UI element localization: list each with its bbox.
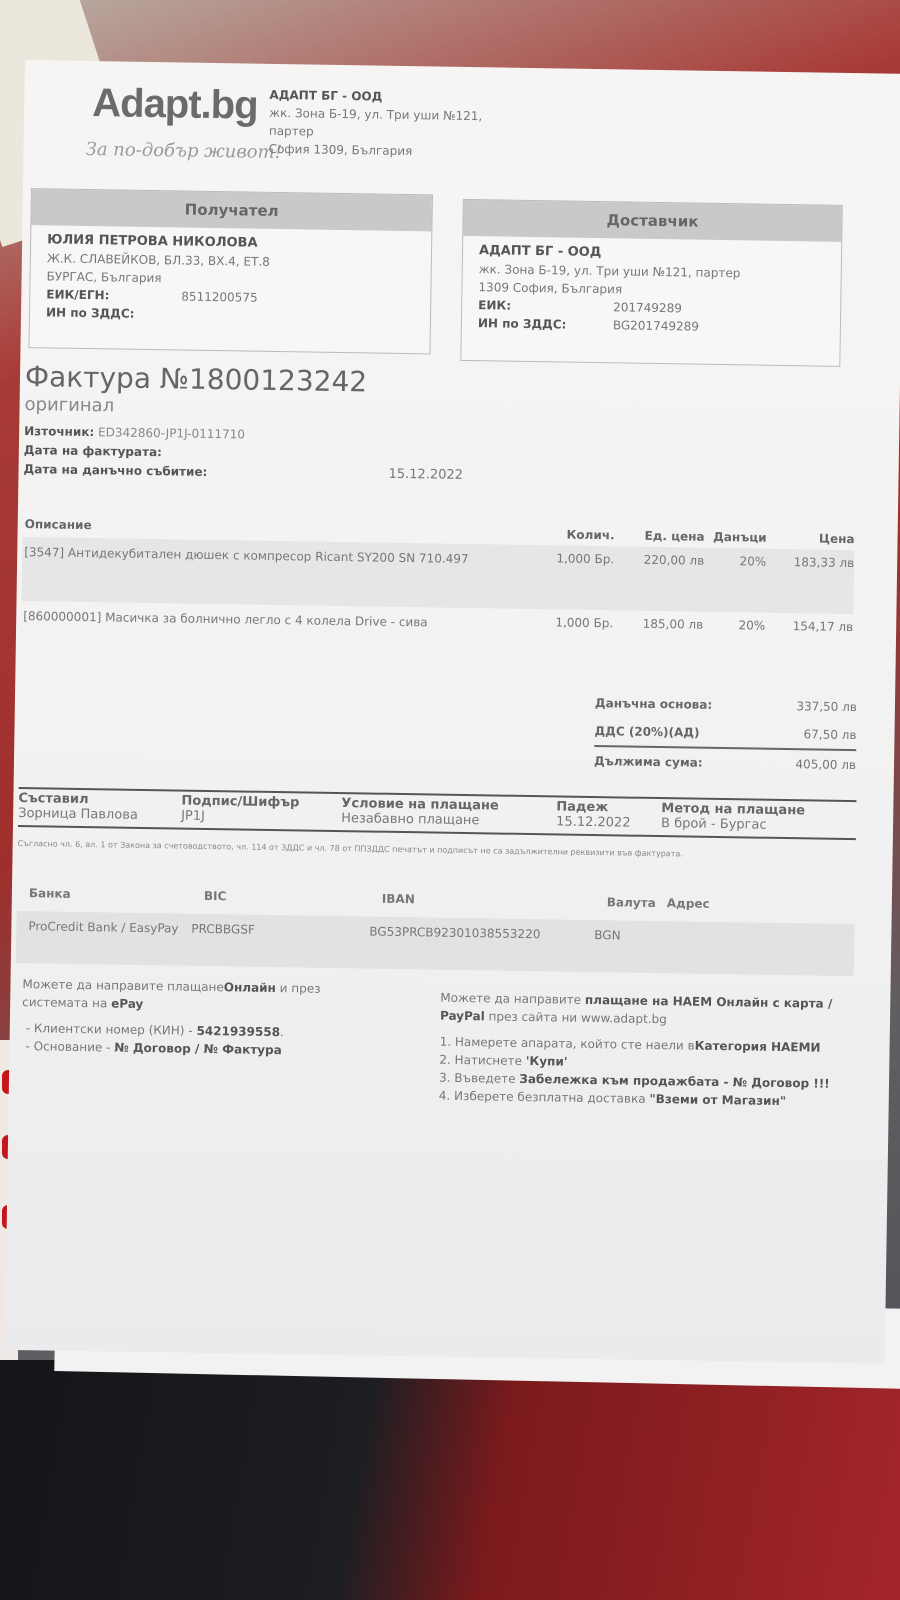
row-taxes: 20% — [704, 554, 767, 607]
company-header: АДАПТ БГ - ООД жк. Зона Б-19, ул. Три уш… — [268, 86, 482, 161]
recipient-box: Получател ЮЛИЯ ПЕТРОВА НИКОЛОВА Ж.К. СЛА… — [28, 188, 432, 354]
totals-block: Данъчна основа:337,50 лв ДДС (20%)(АД)67… — [594, 689, 857, 779]
bank-address — [654, 927, 735, 968]
composed-by: СъставилЗорница Павлова — [18, 791, 181, 824]
client-number-label: - Клиентски номер (КИН) - — [26, 1021, 193, 1038]
invoice-lines-table: Описание Колич. Ед. цена Данъци Цена [35… — [20, 505, 854, 678]
vat-value: 67,50 лв — [803, 727, 856, 742]
tax-base-label: Данъчна основа: — [595, 696, 712, 712]
company-slogan: За по-добър живот! — [85, 139, 282, 163]
bank-iban: BG53PRCB92301038553220 — [369, 923, 595, 967]
recipient-vat-label: ИН по ЗДДС: — [46, 303, 181, 323]
bank-currency: BGN — [594, 926, 655, 967]
company-address-2: партер — [269, 124, 314, 139]
supplier-eik-label: ЕИК: — [478, 296, 613, 316]
col-price: Цена — [766, 531, 854, 546]
signature: Подпис/ШифърJP1J — [181, 794, 341, 827]
due-date: Падеж15.12.2022 — [556, 799, 661, 831]
tax-event-value: 15.12.2022 — [388, 467, 463, 483]
recipient-eik-value: 8511200575 — [181, 287, 258, 306]
rent-payment-instructions: Можете да направите плащане на НАЕМ Онла… — [439, 989, 851, 1111]
recipient-header: Получател — [31, 189, 432, 231]
payment-terms: Условие на плащанеНезабавно плащане — [341, 796, 556, 829]
bank-col-bank: Банка — [17, 886, 204, 903]
supplier-header: Доставчик — [463, 200, 842, 242]
client-number-value: 5421939558 — [196, 1024, 280, 1039]
invoice-info-bar: СъставилЗорница Павлова Подпис/ШифърJP1J… — [18, 787, 857, 840]
row-quantity: 1,000 Бр. — [543, 615, 614, 668]
row-quantity: 1,000 Бр. — [544, 551, 615, 604]
background-fabric — [0, 1360, 900, 1600]
row-unit-price: 185,00 лв — [613, 616, 704, 669]
company-name: АДАПТ БГ - ООД — [269, 88, 382, 104]
row-price: 183,33 лв — [766, 555, 855, 608]
recipient-eik-label: ЕИК/ЕГН: — [46, 285, 181, 305]
epay-instructions: Можете да направите плащанеОнлайн и през… — [21, 975, 382, 1061]
supplier-vat-value: BG201749289 — [613, 316, 699, 335]
company-address-1: жк. Зона Б-19, ул. Три уши №121, — [269, 106, 482, 123]
source-label: Източник: — [24, 424, 94, 439]
tax-base-value: 337,50 лв — [796, 699, 857, 714]
supplier-eik-value: 201749289 — [613, 298, 682, 317]
bank-table: Банка BIC IBAN Валута Адрес ProCredit Ba… — [16, 875, 855, 976]
bank-col-iban: IBAN — [382, 892, 607, 910]
vat-label: ДДС (20%)(АД) — [594, 724, 699, 740]
invoice-date-label: Дата на фактурата: — [24, 443, 162, 459]
table-row: [860000001] Масичка за болнично легло с … — [20, 601, 853, 678]
payment-basis-label: - Основание - — [25, 1039, 110, 1054]
company-logo: Adapt.bg — [92, 81, 258, 129]
bank-col-bic: BIC — [204, 889, 382, 906]
col-quantity: Колич. — [545, 527, 615, 542]
invoice-copy-type: оригинал — [24, 394, 114, 416]
amount-due-value: 405,00 лв — [795, 757, 856, 772]
company-address-3: София 1309, България — [269, 142, 413, 158]
row-description: [860000001] Масичка за болнично легло с … — [21, 607, 544, 667]
supplier-vat-label: ИН по ЗДДС: — [478, 314, 613, 334]
col-unit-price: Ед. цена — [614, 528, 704, 543]
row-description: [3547] Антидекубитален дюшек с компресор… — [22, 543, 545, 603]
invoice-meta: Източник: ED342860-JP1J-0111710 Дата на … — [23, 422, 245, 482]
bank-name: ProCredit Bank / EasyPay — [16, 917, 192, 960]
tax-event-label: Дата на данъчно събитие: — [23, 462, 207, 479]
bank-col-currency: Валута — [607, 895, 667, 910]
source-value: ED342860-JP1J-0111710 — [98, 425, 245, 441]
row-price: 154,17 лв — [764, 619, 853, 672]
col-taxes: Данъци — [704, 530, 766, 545]
payment-basis-value: № Договор / № Фактура — [114, 1041, 282, 1058]
amount-due-label: Дължима сума: — [594, 754, 703, 770]
invoice-title: Фактура №1800123242 — [25, 360, 368, 398]
row-taxes: 20% — [703, 618, 766, 671]
supplier-box: Доставчик АДАПТ БГ - ООД жк. Зона Б-19, … — [460, 199, 842, 367]
bank-bic: PRCBBGSF — [191, 920, 370, 963]
invoice-document: Adapt.bg За по-добър живот! АДАПТ БГ - О… — [5, 60, 900, 1364]
row-unit-price: 220,00 лв — [614, 552, 705, 605]
legal-note: Съгласно чл. 6, ал. 1 от Закона за счето… — [18, 838, 848, 863]
bank-col-address: Адрес — [667, 896, 747, 911]
website-link[interactable]: www.adapt.bg — [581, 1011, 667, 1026]
payment-method: Метод на плащанеВ брой - Бургас — [661, 801, 851, 834]
